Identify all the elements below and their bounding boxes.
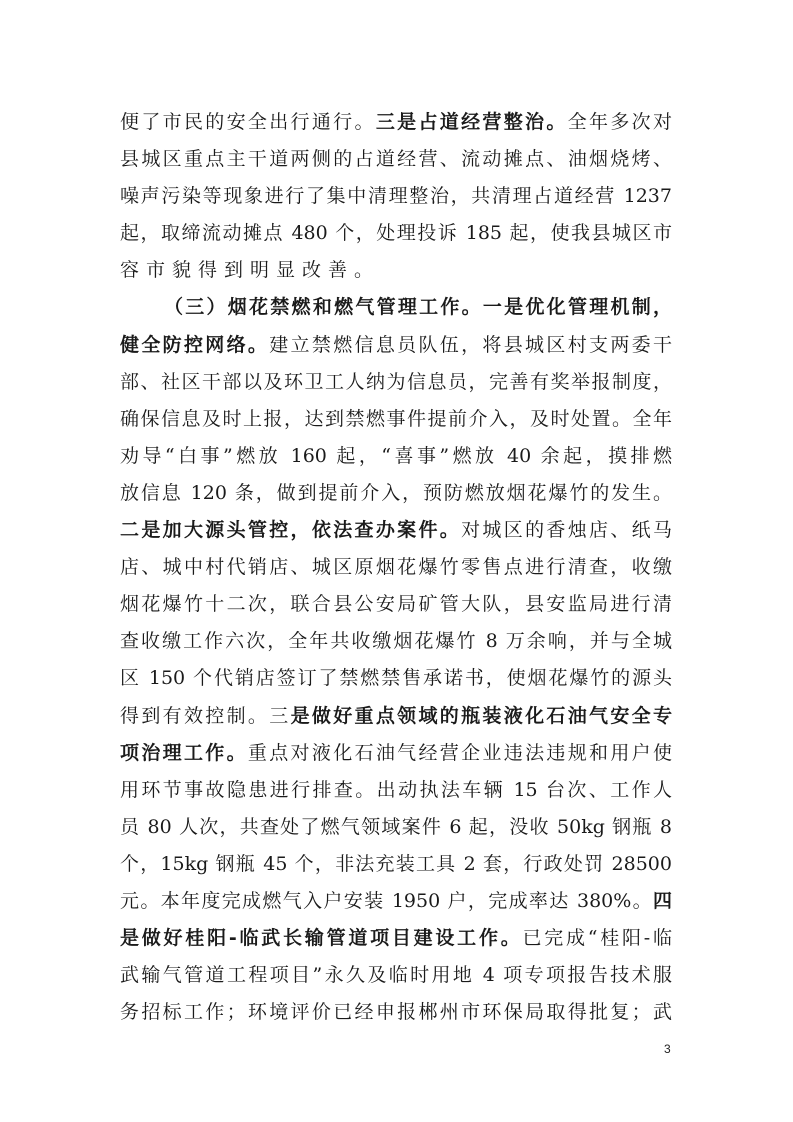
bold-heading-text: 三是占道经营整治。	[376, 111, 568, 133]
text-line: 部、社区干部以及环卫工人纳为信息员，完善有奖举报制度，	[120, 364, 672, 401]
text-line: 项治理工作。重点对液化石油气经营企业违法违规和用户使	[120, 735, 672, 772]
bold-heading-text: 是做好重点领域的瓶装液化石油气安全专	[291, 705, 672, 727]
body-text-segment: 起，取缔流动摊点 480 个，处理投诉 185 起，使我县城区市	[120, 222, 672, 244]
body-text-segment: 区 150 个代销店签订了禁燃禁售承诺书，使烟花爆竹的源头	[120, 667, 672, 689]
text-line: 是做好桂阳-临武长输管道项目建设工作。已完成“桂阳-临	[120, 920, 672, 957]
text-line: 二是加大源头管控，依法查办案件。对城区的香烛店、纸马	[120, 512, 672, 549]
body-text-segment: 重点对液化石油气经营企业违法违规和用户使	[248, 742, 672, 764]
text-line: （三）烟花禁燃和燃气管理工作。一是优化管理机制，	[120, 289, 672, 326]
body-text-segment: 得到有效控制。三	[120, 705, 291, 727]
text-line: 务招标工作；环境评价已经申报郴州市环保局取得批复；武	[120, 994, 672, 1031]
body-text-segment: 部、社区干部以及环卫工人纳为信息员，完善有奖举报制度，	[120, 371, 672, 393]
bold-heading-text: 二是加大源头管控，依法查办案件。	[120, 519, 461, 541]
text-line: 劝导“白事”燃放 160 起，“喜事”燃放 40 余起，摸排燃	[120, 438, 672, 475]
text-line: 确保信息及时上报，达到禁燃事件提前介入，及时处置。全年	[120, 401, 672, 438]
body-text-segment: 武输气管道工程项目”永久及临时用地 4 项专项报告技术服	[120, 964, 672, 986]
text-line: 店、城中村代销店、城区原烟花爆竹零售点进行清查，收缴	[120, 549, 672, 586]
body-text-segment: 务招标工作；环境评价已经申报郴州市环保局取得批复；武	[120, 1001, 672, 1023]
body-text-segment: 个，15kg 钢瓶 45 个，非法充装工具 2 套，行政处罚 28500	[120, 853, 672, 875]
text-line: 容市貌得到明显改善。	[120, 252, 672, 289]
body-text-segment: 确保信息及时上报，达到禁燃事件提前介入，及时处置。全年	[120, 408, 672, 430]
body-text-segment: 烟花爆竹十二次，联合县公安局矿管大队，县安监局进行清	[120, 593, 672, 615]
text-line: 噪声污染等现象进行了集中清理整治，共清理占道经营 1237	[120, 178, 672, 215]
text-line: 查收缴工作六次，全年共收缴烟花爆竹 8 万余响，并与全城	[120, 623, 672, 660]
bold-heading-text: 是做好桂阳-临武长输管道项目建设工作。	[120, 927, 522, 949]
bold-heading-text: 项治理工作。	[120, 742, 248, 764]
bold-heading-text: 四	[653, 890, 672, 912]
text-line: 便了市民的安全出行通行。三是占道经营整治。全年多次对	[120, 104, 672, 141]
body-text-segment: 用环节事故隐患进行排查。出动执法车辆 15 台次、工作人	[120, 779, 672, 801]
text-line: 个，15kg 钢瓶 45 个，非法充装工具 2 套，行政处罚 28500	[120, 846, 672, 883]
text-line: 员 80 人次，共查处了燃气领域案件 6 起，没收 50kg 钢瓶 8	[120, 809, 672, 846]
text-line: 县城区重点主干道两侧的占道经营、流动摊点、油烟烧烤、	[120, 141, 672, 178]
text-line: 健全防控网络。建立禁燃信息员队伍，将县城区村支两委干	[120, 327, 672, 364]
text-line: 烟花爆竹十二次，联合县公安局矿管大队，县安监局进行清	[120, 586, 672, 623]
body-text-segment: 全年多次对	[568, 111, 672, 133]
body-text-segment: 查收缴工作六次，全年共收缴烟花爆竹 8 万余响，并与全城	[120, 630, 672, 652]
text-line: 武输气管道工程项目”永久及临时用地 4 项专项报告技术服	[120, 957, 672, 994]
body-text-segment: 对城区的香烛店、纸马	[461, 519, 672, 541]
body-text-segment: 放信息 120 条，做到提前介入，预防燃放烟花爆竹的发生。	[120, 482, 672, 504]
bold-heading-text: 健全防控网络。	[120, 334, 269, 356]
bold-heading-text: （三）烟花禁燃和燃气管理工作。一是优化管理机制，	[164, 296, 672, 318]
body-text-segment: 元。本年度完成燃气入户安装 1950 户，完成率达 380%。	[120, 890, 653, 912]
body-text-segment: 便了市民的安全出行通行。	[120, 111, 376, 133]
body-text-segment: 已完成“桂阳-临	[522, 927, 672, 949]
text-line: 元。本年度完成燃气入户安装 1950 户，完成率达 380%。四	[120, 883, 672, 920]
body-text-segment: 容市貌得到明显改善。	[120, 259, 380, 281]
text-line: 起，取缔流动摊点 480 个，处理投诉 185 起，使我县城区市	[120, 215, 672, 252]
page-number: 3	[664, 1042, 671, 1056]
body-text-segment: 噪声污染等现象进行了集中清理整治，共清理占道经营 1237	[120, 185, 672, 207]
body-text-segment: 建立禁燃信息员队伍，将县城区村支两委干	[269, 334, 672, 356]
document-page: 便了市民的安全出行通行。三是占道经营整治。全年多次对县城区重点主干道两侧的占道经…	[0, 0, 793, 1122]
text-line: 区 150 个代销店签订了禁燃禁售承诺书，使烟花爆竹的源头	[120, 660, 672, 697]
body-text-segment: 县城区重点主干道两侧的占道经营、流动摊点、油烟烧烤、	[120, 148, 672, 170]
text-line: 放信息 120 条，做到提前介入，预防燃放烟花爆竹的发生。	[120, 475, 672, 512]
text-line: 用环节事故隐患进行排查。出动执法车辆 15 台次、工作人	[120, 772, 672, 809]
body-text-segment: 店、城中村代销店、城区原烟花爆竹零售点进行清查，收缴	[120, 556, 672, 578]
body-text: 便了市民的安全出行通行。三是占道经营整治。全年多次对县城区重点主干道两侧的占道经…	[120, 104, 672, 1031]
text-line: 得到有效控制。三是做好重点领域的瓶装液化石油气安全专	[120, 698, 672, 735]
body-text-segment: 劝导“白事”燃放 160 起，“喜事”燃放 40 余起，摸排燃	[120, 445, 672, 467]
body-text-segment: 员 80 人次，共查处了燃气领域案件 6 起，没收 50kg 钢瓶 8	[120, 816, 672, 838]
